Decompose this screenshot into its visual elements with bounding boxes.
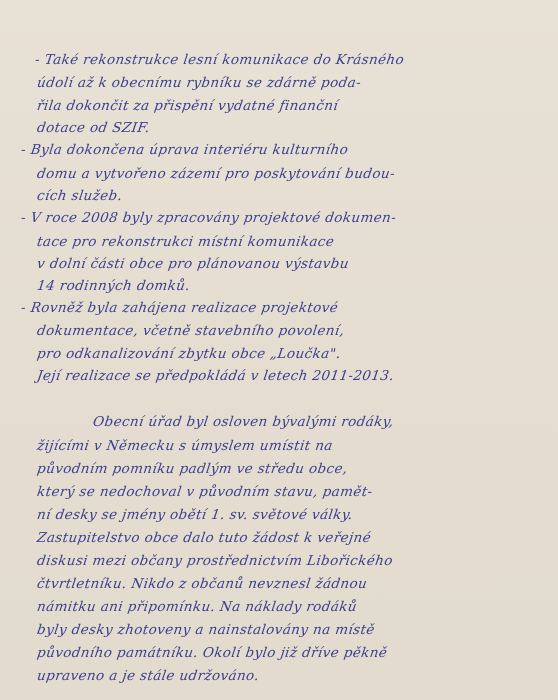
handwritten-line: - V roce 2008 byly zpracovány projektové… (20, 210, 397, 226)
handwritten-line: žijícími v Německu s úmyslem umístit na (36, 438, 334, 454)
handwritten-line: cích služeb. (36, 188, 123, 204)
handwritten-line: Její realizace se předpokládá v letech 2… (36, 368, 395, 384)
handwritten-line: - Byla dokončena úprava interiéru kultur… (20, 142, 349, 158)
handwritten-line: upraveno a je stále udržováno. (36, 668, 260, 684)
handwritten-line: diskusi mezi občany prostřednictvím Libo… (36, 553, 394, 569)
handwritten-line: Zastupitelstvo obce dalo tuto žádost k v… (36, 530, 372, 546)
handwritten-line: původního památníku. Okolí bylo již dřív… (36, 645, 388, 661)
handwritten-line: původním pomníku padlým ve středu obce, (36, 461, 349, 477)
handwritten-line: dotace od SZIF. (36, 120, 151, 136)
handwritten-line: tace pro rekonstrukci místní komunikace (36, 234, 335, 250)
handwritten-line: pro odkanalizování zbytku obce „Loučka". (36, 346, 342, 362)
handwritten-line: řila dokončit za přispění vydatné finanč… (36, 98, 339, 114)
handwritten-line: - Také rekonstrukce lesní komunikace do … (34, 52, 405, 68)
handwritten-line: - Rovněž byla zahájena realizace projekt… (20, 300, 339, 316)
handwritten-line: v dolní části obce pro plánovanou výstav… (36, 256, 350, 272)
handwritten-line: Obecní úřad byl osloven bývalými rodáky, (92, 414, 395, 430)
handwritten-line: který se nedochoval v původním stavu, pa… (36, 484, 374, 500)
handwritten-line: byly desky zhotoveny a nainstalovány na … (36, 622, 376, 638)
handwritten-line: 14 rodinných domků. (36, 278, 191, 294)
handwritten-line: námitku ani připomínku. Na náklady rodák… (36, 599, 358, 615)
handwritten-line: dokumentace, včetně stavebního povolení, (36, 323, 345, 339)
handwritten-line: domu a vytvořeno zázemí pro poskytování … (36, 166, 396, 182)
handwritten-line: čtvrtletníku. Nikdo z občanů nevznesl žá… (36, 576, 368, 592)
handwritten-line: údolí až k obecnímu rybníku se zdárně po… (36, 75, 362, 91)
handwritten-line: ní desky se jmény obětí 1. sv. světové v… (36, 507, 354, 523)
handwritten-page: - Také rekonstrukce lesní komunikace do … (0, 0, 558, 700)
